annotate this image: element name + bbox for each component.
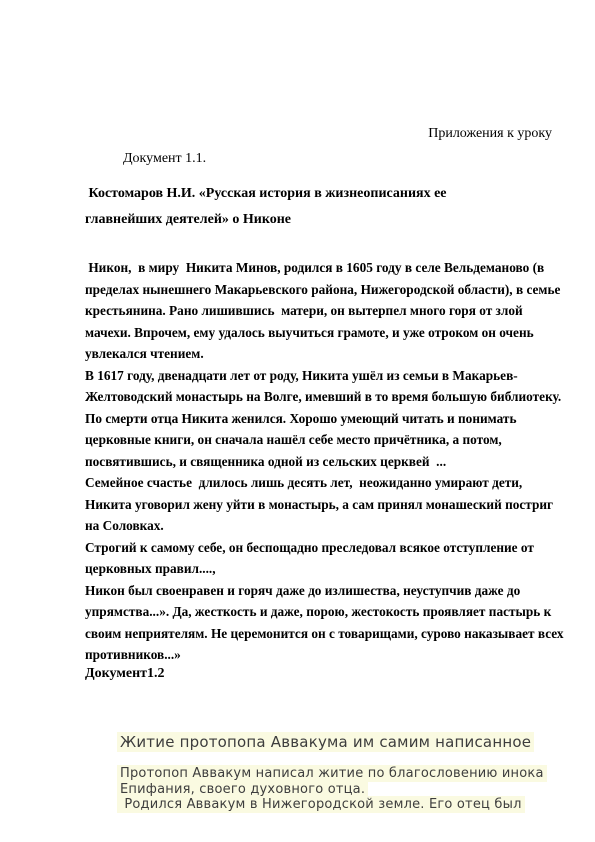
document1-paragraph: Никон был своенравен и горяч даже до изл… — [85, 580, 564, 666]
document2-line-text: Родился Аввакум в Нижегородской земле. Е… — [117, 796, 525, 813]
document2-label: Документ1.2 — [85, 666, 165, 682]
document1-label: Документ 1.1. — [123, 151, 206, 167]
document2-line-text: Епифания, своего духовного отца. — [117, 781, 368, 798]
document2-line: Епифания, своего духовного отца. — [117, 782, 547, 798]
document2-line: Родился Аввакум в Нижегородской земле. Е… — [117, 797, 547, 813]
document1-heading: Костомаров Н.И. «Русская история в жизне… — [85, 181, 447, 233]
document1-paragraph: В 1617 году, двенадцати лет от роду, Ник… — [85, 365, 564, 408]
document2-body: Протопоп Аввакум написал житие по благос… — [117, 766, 547, 813]
document-page: Приложения к уроку Документ 1.1. Костома… — [0, 0, 595, 842]
header-note: Приложения к уроку — [428, 126, 552, 142]
document1-paragraph: Никон, в миру Никита Минов, родился в 16… — [85, 257, 564, 365]
document1-body: Никон, в миру Никита Минов, родился в 16… — [85, 257, 564, 666]
document2-title: Житие протопопа Аввакума им самим написа… — [117, 733, 534, 751]
document2-line: Протопоп Аввакум написал житие по благос… — [117, 766, 547, 782]
document1-paragraph: По смерти отца Никита женился. Хорошо ум… — [85, 408, 564, 473]
document1-paragraph: Строгий к самому себе, он беспощадно пре… — [85, 537, 564, 580]
document1-paragraph: Семейное счастье длилось лишь десять лет… — [85, 472, 564, 537]
document2-line-text: Протопоп Аввакум написал житие по благос… — [117, 765, 547, 782]
document2-title-text: Житие протопопа Аввакума им самим написа… — [117, 732, 534, 752]
